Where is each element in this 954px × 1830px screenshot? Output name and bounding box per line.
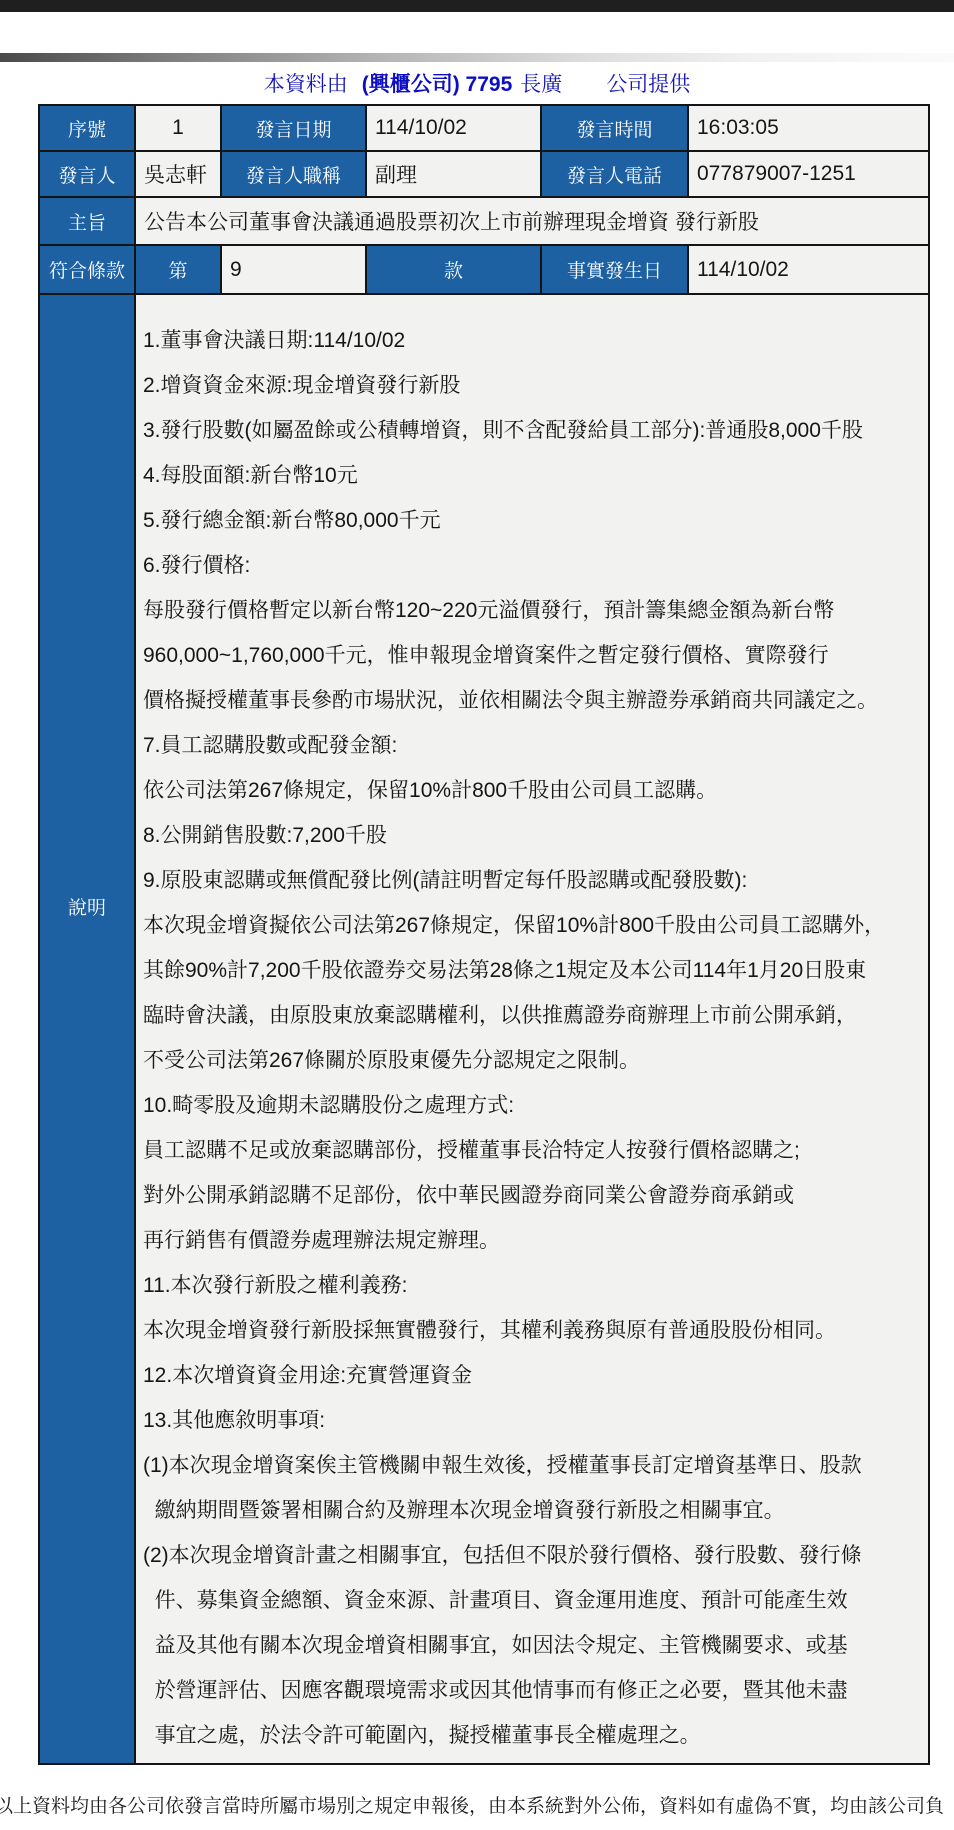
speaker-label: 發言人 xyxy=(39,151,135,197)
provider-line: 本資料由 (興櫃公司) 7795 長廣 公司提供 xyxy=(0,68,954,98)
subject-label: 主旨 xyxy=(39,197,135,245)
description-label-cell: 說明 xyxy=(39,294,135,1764)
clause-article-label: 第 xyxy=(135,245,221,294)
fact-date-label: 事實發生日 xyxy=(541,245,688,294)
speaker-phone-label: 發言人電話 xyxy=(541,151,688,197)
company-name: 長廣 xyxy=(520,68,562,98)
speaker-title-value: 副理 xyxy=(366,151,541,197)
provider-prefix: 本資料由 xyxy=(264,68,348,98)
seq-value: 1 xyxy=(135,105,221,151)
top-black-bar xyxy=(0,0,954,12)
gradient-divider xyxy=(0,53,954,62)
fact-date-value: 114/10/02 xyxy=(688,245,929,294)
speaker-phone-value: 077879007-1251 xyxy=(688,151,929,197)
table-row-speaker: 發言人 吳志軒 發言人職稱 副理 發言人電話 077879007-1251 xyxy=(39,151,929,197)
seq-label: 序號 xyxy=(39,105,135,151)
description-content: 1.董事會決議日期:114/10/02 2.增資資金來源:現金增資發行新股 3.… xyxy=(143,318,926,1758)
speak-time-label: 發言時間 xyxy=(541,105,688,151)
speak-time-value: 16:03:05 xyxy=(688,105,929,151)
company-market-code: (興櫃公司) 7795 xyxy=(362,68,513,98)
footer-disclaimer: 以上資料均由各公司依發言當時所屬市場別之規定申報後，由本系統對外公佈，資料如有虛… xyxy=(0,1791,954,1818)
clause-article-value: 9 xyxy=(221,245,366,294)
table-row-subject: 主旨 公告本公司董事會決議通過股票初次上市前辦理現金增資 發行新股 xyxy=(39,197,929,245)
table-row-description: 說明 1.董事會決議日期:114/10/02 2.增資資金來源:現金增資發行新股… xyxy=(39,294,929,1764)
clause-label: 符合條款 xyxy=(39,245,135,294)
subject-value: 公告本公司董事會決議通過股票初次上市前辦理現金增資 發行新股 xyxy=(135,197,929,245)
speak-date-label: 發言日期 xyxy=(221,105,366,151)
clause-item-label: 款 xyxy=(366,245,541,294)
table-row-seq: 序號 1 發言日期 114/10/02 發言時間 16:03:05 xyxy=(39,105,929,151)
description-label: 說明 xyxy=(40,893,134,920)
speaker-value: 吳志軒 xyxy=(135,151,221,197)
table-row-clause: 符合條款 第 9 款 事實發生日 114/10/02 xyxy=(39,245,929,294)
provider-suffix: 公司提供 xyxy=(606,68,690,98)
speaker-title-label: 發言人職稱 xyxy=(221,151,366,197)
announcement-table: 序號 1 發言日期 114/10/02 發言時間 16:03:05 發言人 吳志… xyxy=(38,104,930,1765)
description-content-cell: 1.董事會決議日期:114/10/02 2.增資資金來源:現金增資發行新股 3.… xyxy=(135,294,929,1764)
speak-date-value: 114/10/02 xyxy=(366,105,541,151)
